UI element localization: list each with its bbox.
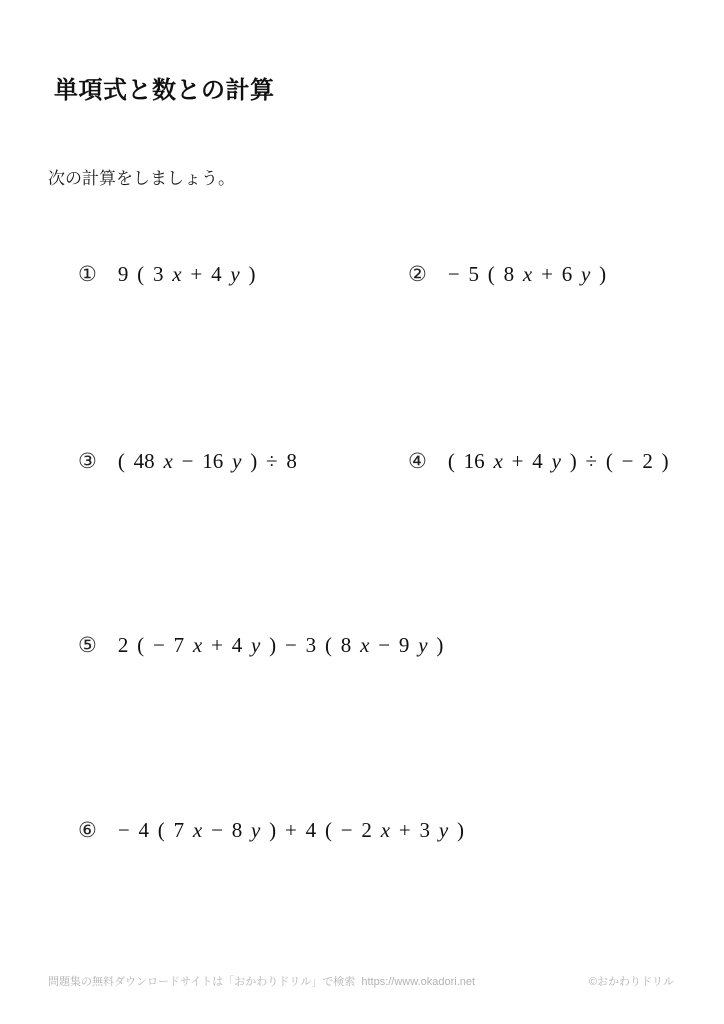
problem-4-number: ④ [408,449,427,474]
problem-1-expression: 9(3x+4y) [118,262,256,286]
problem-6-number: ⑥ [78,818,97,843]
footer-site-info: 問題集の無料ダウンロードサイトは「おかわりドリル」で検索 https://www… [48,973,475,989]
problem-5-number: ⑤ [78,633,97,658]
problem-2-number: ② [408,262,427,287]
problem-4-expression: (16x+4y)÷(−2) [448,449,669,473]
problem-6: ⑥−4(7x−8y)+4(−2x+3y) [78,818,464,843]
problem-2: ②−5(8x+6y) [408,262,606,287]
problem-4: ④(16x+4y)÷(−2) [408,449,669,474]
problem-2-expression: −5(8x+6y) [448,262,606,286]
problem-5: ⑤2(−7x+4y)−3(8x−9y) [78,633,443,658]
worksheet-page: 単項式と数との計算 次の計算をしましょう。 ①9(3x+4y) ②−5(8x+6… [0,0,724,1024]
page-title: 単項式と数との計算 [54,70,275,105]
problem-3: ③(48x−16y)÷8 [78,449,297,474]
instruction-text: 次の計算をしましょう。 [48,164,235,189]
problem-1-number: ① [78,262,97,287]
problem-3-number: ③ [78,449,97,474]
footer-copyright: ©おかわりドリル [589,973,674,989]
problem-6-expression: −4(7x−8y)+4(−2x+3y) [118,818,464,842]
problem-3-expression: (48x−16y)÷8 [118,449,297,473]
problem-5-expression: 2(−7x+4y)−3(8x−9y) [118,633,444,657]
problem-1: ①9(3x+4y) [78,262,256,287]
